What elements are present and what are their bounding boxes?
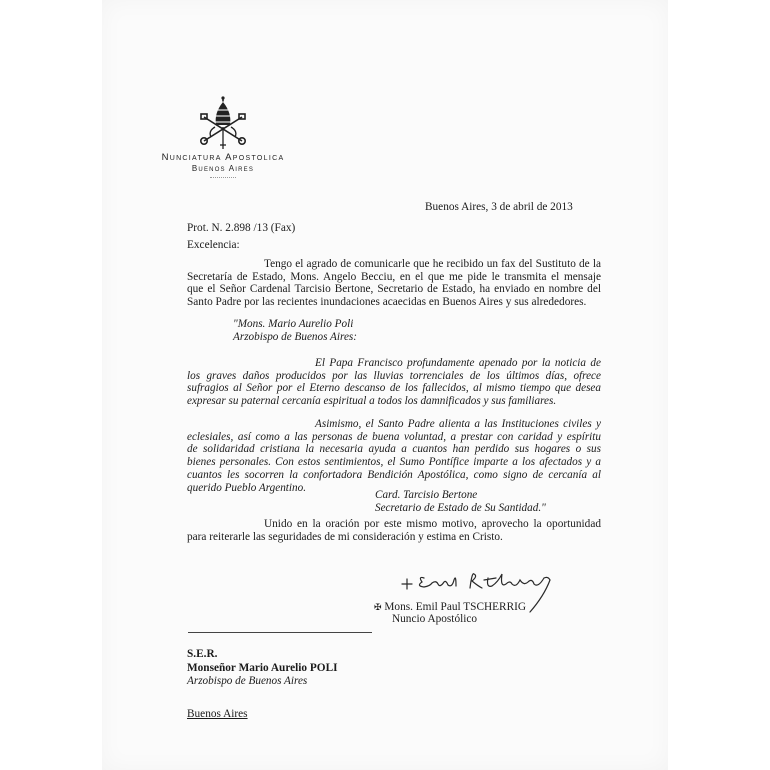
maltese-cross-icon: ✠ [374, 602, 382, 612]
text-line: cuantos les socorren la confortadora Ben… [187, 469, 601, 482]
addressee-name: Monseñor Mario Aurelio POLI [187, 662, 338, 675]
text-line: "Mons. Mario Aurelio Poli [233, 318, 357, 331]
text-line: sufragios al Señor por el Eterno descans… [187, 382, 601, 395]
quote-paragraph-condolence: El Papa Francisco profundamente apenado … [187, 357, 601, 408]
divider-rule [188, 632, 372, 633]
addressee-city: Buenos Aires [187, 708, 248, 721]
letterhead-city: Buenos Aires [148, 164, 298, 173]
signer-title: Nuncio Apostólico [392, 613, 477, 626]
place-date: Buenos Aires, 3 de abril de 2013 [425, 201, 573, 214]
text-line: eclesiales, así como a las personas de b… [187, 431, 601, 444]
addressee-honorific: S.E.R. [187, 648, 217, 661]
text-line: Tengo el agrado de comunicarle que he re… [264, 258, 601, 270]
quote-paragraph-encouragement: Asimismo, el Santo Padre alienta a las I… [187, 418, 601, 494]
signer-name-line: ✠ Mons. Emil Paul TSCHERRIG [374, 601, 526, 614]
paragraph-intro: Tengo el agrado de comunicarle que he re… [187, 258, 601, 308]
letterhead-institution: Nunciatura Apostolica [148, 152, 298, 163]
papal-emblem-icon [198, 95, 248, 153]
signer-name: Mons. Emil Paul TSCHERRIG [384, 601, 526, 613]
text-line: para reiterarle las seguridades de mi co… [187, 531, 601, 544]
text-line: Santo Padre por las recientes inundacion… [187, 296, 601, 309]
salutation: Excelencia: [187, 239, 240, 252]
quote-signature: Card. Tarcisio Bertone Secretario de Est… [375, 489, 546, 514]
text-line: de solidaridad cristiana la necesaria ay… [187, 443, 601, 456]
text-line: que el Señor Cardenal Tarcisio Bertone, … [187, 283, 601, 296]
text-line: Card. Tarcisio Bertone [375, 489, 546, 502]
addressee-title: Arzobispo de Buenos Aires [187, 675, 307, 688]
text-line: Asimismo, el Santo Padre alienta a las I… [315, 418, 601, 430]
text-line: Secretario de Estado de Su Santidad." [375, 502, 546, 515]
letterhead-small-print [210, 177, 236, 179]
text-line: Secretaría de Estado, Mons. Angelo Becci… [187, 271, 601, 284]
text-line: expresar su paternal cercanía espiritual… [187, 395, 601, 408]
text-line: Arzobispo de Buenos Aires: [233, 331, 357, 344]
text-line: Unido en la oración por este mismo motiv… [264, 518, 601, 530]
text-line: El Papa Francisco profundamente apenado … [315, 357, 601, 369]
quoted-recipient: "Mons. Mario Aurelio Poli Arzobispo de B… [233, 318, 357, 343]
protocol-number: Prot. N. 2.898 /13 (Fax) [187, 222, 295, 235]
paragraph-closing: Unido en la oración por este mismo motiv… [187, 518, 601, 543]
text-line: bienes personales. Con estos sentimiento… [187, 456, 601, 469]
text-line: los graves daños producidos por las lluv… [187, 370, 601, 383]
